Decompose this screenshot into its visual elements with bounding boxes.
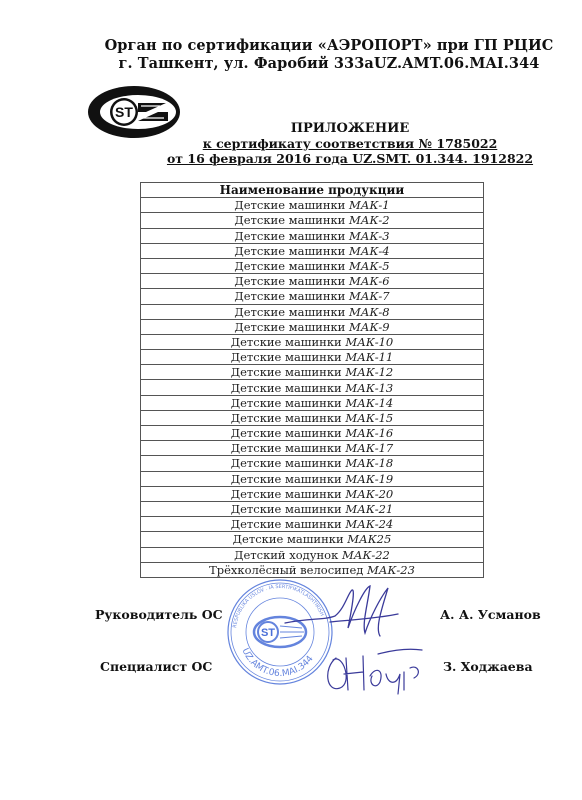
table-row: Детские машинки МАК-18 [141,456,484,471]
product-name: Детские машинки [234,244,345,258]
table-row: Детские машинки МАК-2 [141,213,484,228]
product-cell: Детские машинки МАК-16 [141,426,484,441]
product-model: МАК-8 [349,305,390,319]
table-row: Детские машинки МАК-4 [141,243,484,258]
table-row: Детские машинки МАК-5 [141,258,484,273]
table-row: Детские машинки МАК-9 [141,319,484,334]
head-role-label: Руководитель ОС [95,607,223,622]
product-model: МАК-20 [345,487,393,501]
specialist-name: З. Ходжаева [443,659,533,674]
product-model: МАК-12 [345,365,393,379]
product-cell: Детские машинки МАК-20 [141,486,484,501]
product-name: Детские машинки [234,229,345,243]
product-name: Детские машинки [234,320,345,334]
product-cell: Трёхколёсный велосипед МАК-23 [141,562,484,577]
product-name: Детский ходунок [234,548,338,562]
product-cell: Детские машинки МАК-5 [141,258,484,273]
table-row: Детские машинки МАК-6 [141,274,484,289]
product-model: МАК-22 [342,548,390,562]
products-table: Наименование продукции Детские машинки М… [140,182,484,578]
table-row: Детские машинки МАК-1 [141,198,484,213]
table-row: Детские машинки МАК-10 [141,334,484,349]
table-row: Детские машинки МАК-13 [141,380,484,395]
product-cell: Детские машинки МАК-14 [141,395,484,410]
product-model: МАК-24 [345,517,393,531]
product-model: МАК-23 [367,563,415,577]
product-cell: Детские машинки МАК-19 [141,471,484,486]
product-cell: Детские машинки МАК-8 [141,304,484,319]
product-name: Детские машинки [234,259,345,273]
table-row: Детские машинки МАК-19 [141,471,484,486]
product-model: МАК-19 [345,472,393,486]
table-row: Детские машинки МАК-7 [141,289,484,304]
product-cell: Детские машинки МАК-6 [141,274,484,289]
product-model: МАК-13 [345,381,393,395]
product-cell: Детские машинки МАК-9 [141,319,484,334]
product-name: Детские машинки [234,305,345,319]
table-row: Детские машинки МАК-3 [141,228,484,243]
product-model: МАК-4 [349,244,390,258]
product-model: МАК25 [347,532,391,546]
product-model: МАК-5 [349,259,390,273]
product-model: МАК-18 [345,456,393,470]
table-row: Детские машинки МАК-14 [141,395,484,410]
product-cell: Детские машинки МАК25 [141,532,484,547]
product-cell: Детские машинки МАК-12 [141,365,484,380]
product-name: Детские машинки [231,472,342,486]
table-row: Детские машинки МАК-24 [141,517,484,532]
product-name: Детские машинки [231,335,342,349]
product-name: Детские машинки [231,456,342,470]
product-cell: Детские машинки МАК-11 [141,350,484,365]
product-name: Детские машинки [231,502,342,516]
product-name: Детские машинки [234,213,345,227]
product-cell: Детские машинки МАК-7 [141,289,484,304]
product-name: Детские машинки [234,198,345,212]
product-name: Детские машинки [231,517,342,531]
specialist-signature [318,638,428,698]
product-cell: Детские машинки МАК-24 [141,517,484,532]
table-row: Детские машинки МАК-16 [141,426,484,441]
product-cell: Детские машинки МАК-13 [141,380,484,395]
product-cell: Детские машинки МАК-10 [141,334,484,349]
product-name: Детские машинки [231,350,342,364]
product-cell: Детские машинки МАК-2 [141,213,484,228]
table-row: Детские машинки МАК-11 [141,350,484,365]
product-model: МАК-3 [349,229,390,243]
product-cell: Детские машинки МАК-15 [141,410,484,425]
product-model: МАК-15 [345,411,393,425]
product-model: МАК-17 [345,441,393,455]
head-name: А. А. Усманов [440,607,541,622]
product-name: Детские машинки [231,426,342,440]
product-cell: Детские машинки МАК-3 [141,228,484,243]
specialist-role-label: Специалист ОС [100,659,212,674]
product-cell: Детские машинки МАК-17 [141,441,484,456]
issuer-address: г. Ташкент, ул. Фаробий 333аUZ.AMT.06.MA… [38,55,582,72]
table-row: Детские машинки МАК-17 [141,441,484,456]
product-name: Трёхколёсный велосипед [209,563,363,577]
product-cell: Детские машинки МАК-4 [141,243,484,258]
product-model: МАК-10 [345,335,393,349]
table-row: Детские машинки МАК-21 [141,501,484,516]
issuer-name: Орган по сертификации «АЭРОПОРТ» при ГП … [38,37,582,54]
product-model: МАК-7 [349,289,390,303]
svg-text:ST: ST [115,104,133,120]
table-row: Детские машинки МАК-12 [141,365,484,380]
table-row: Детские машинки МАК25 [141,532,484,547]
product-cell: Детские машинки МАК-1 [141,198,484,213]
product-name: Детские машинки [231,487,342,501]
column-header-product-name: Наименование продукции [141,183,484,198]
certificate-reference: к сертификату соответствия № 1785022 [150,136,550,151]
product-name: Детские машинки [231,365,342,379]
product-model: МАК-14 [345,396,393,410]
certificate-date: от 16 февраля 2016 года UZ.SMT. 01.344. … [150,151,550,166]
product-name: Детские машинки [231,411,342,425]
product-name: Детские машинки [233,532,344,546]
product-model: МАК-21 [345,502,393,516]
product-name: Детские машинки [231,381,342,395]
table-row: Детские машинки МАК-20 [141,486,484,501]
appendix-heading: ПРИЛОЖЕНИЕ [150,121,550,136]
product-model: МАК-9 [349,320,390,334]
product-model: МАК-1 [349,198,390,212]
product-name: Детские машинки [231,441,342,455]
table-row: Детские машинки МАК-15 [141,410,484,425]
table-row: Детский ходунок МАК-22 [141,547,484,562]
product-name: Детские машинки [234,274,345,288]
product-model: МАК-6 [349,274,390,288]
product-model: МАК-16 [345,426,393,440]
product-name: Детские машинки [234,289,345,303]
product-cell: Детские машинки МАК-21 [141,501,484,516]
product-model: МАК-11 [345,350,393,364]
product-model: МАК-2 [349,213,390,227]
table-row: Трёхколёсный велосипед МАК-23 [141,562,484,577]
product-cell: Детские машинки МАК-18 [141,456,484,471]
product-cell: Детский ходунок МАК-22 [141,547,484,562]
product-name: Детские машинки [231,396,342,410]
table-row: Детские машинки МАК-8 [141,304,484,319]
